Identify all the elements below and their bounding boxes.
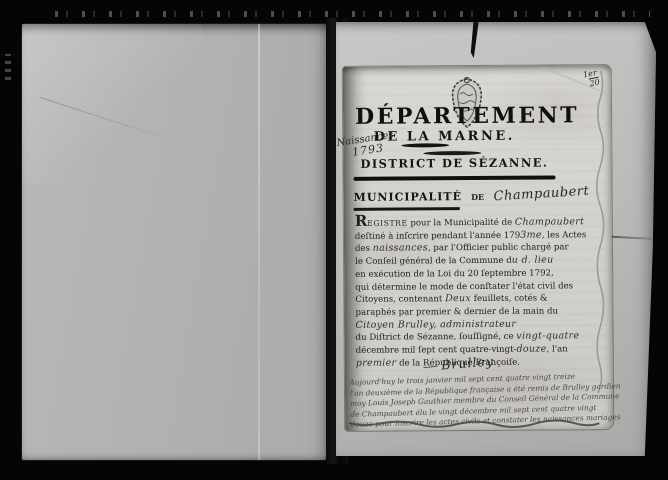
folio-number: 1er 20	[581, 69, 600, 90]
top-tear-notch	[469, 22, 478, 58]
film-edge-mark	[5, 54, 11, 80]
blank-verso-page	[22, 24, 326, 460]
municipality-label: MUNICIPALITÉ	[354, 190, 462, 204]
registre-line: paraphés par premier & dernier de la mai…	[355, 305, 571, 319]
registre-word: EGISTRE	[367, 218, 407, 227]
signature-flourish: —	[422, 358, 437, 374]
page-fold-line	[258, 24, 260, 460]
handwritten-attestation: Aujourd'huy le trois janvier mil sept ce…	[349, 370, 636, 431]
municipality-line: MUNICIPALITÉ DE Champaubert	[354, 184, 589, 205]
municipality-rule	[354, 207, 460, 210]
municipality-de: DE	[471, 192, 484, 202]
register-title-page: 1er 20 DÉPARTEMENT DE LA MARNE. Naissanc…	[343, 65, 614, 431]
municipality-name-handwritten: Champaubert	[493, 184, 590, 205]
registre-line: en exécution de la Loi du 20 ſeptembre 1…	[355, 267, 571, 281]
film-edge-specks	[55, 11, 650, 17]
scanned-register-spread: 1er 20 DÉPARTEMENT DE LA MARNE. Naissanc…	[0, 0, 668, 480]
tapered-rule-upper	[401, 143, 449, 147]
registre-line: le Conſeil général de la Commune du d. l…	[355, 254, 571, 268]
thick-rule	[354, 175, 556, 180]
folio-bottom: 20	[588, 77, 600, 89]
department-title: DÉPARTEMENT	[343, 102, 591, 130]
dropcap: R	[355, 212, 368, 230]
district-title: DISTRICT DE SÉZANNE.	[351, 155, 557, 170]
tapered-rule-lower	[423, 151, 481, 155]
page-corner-crease	[22, 24, 202, 184]
signature-name: Brulley	[441, 353, 495, 372]
registre-line: REGISTRE pour la Municipalité de Champau…	[355, 214, 571, 230]
registre-paragraph: REGISTRE pour la Municipalité de Champau…	[355, 214, 572, 370]
